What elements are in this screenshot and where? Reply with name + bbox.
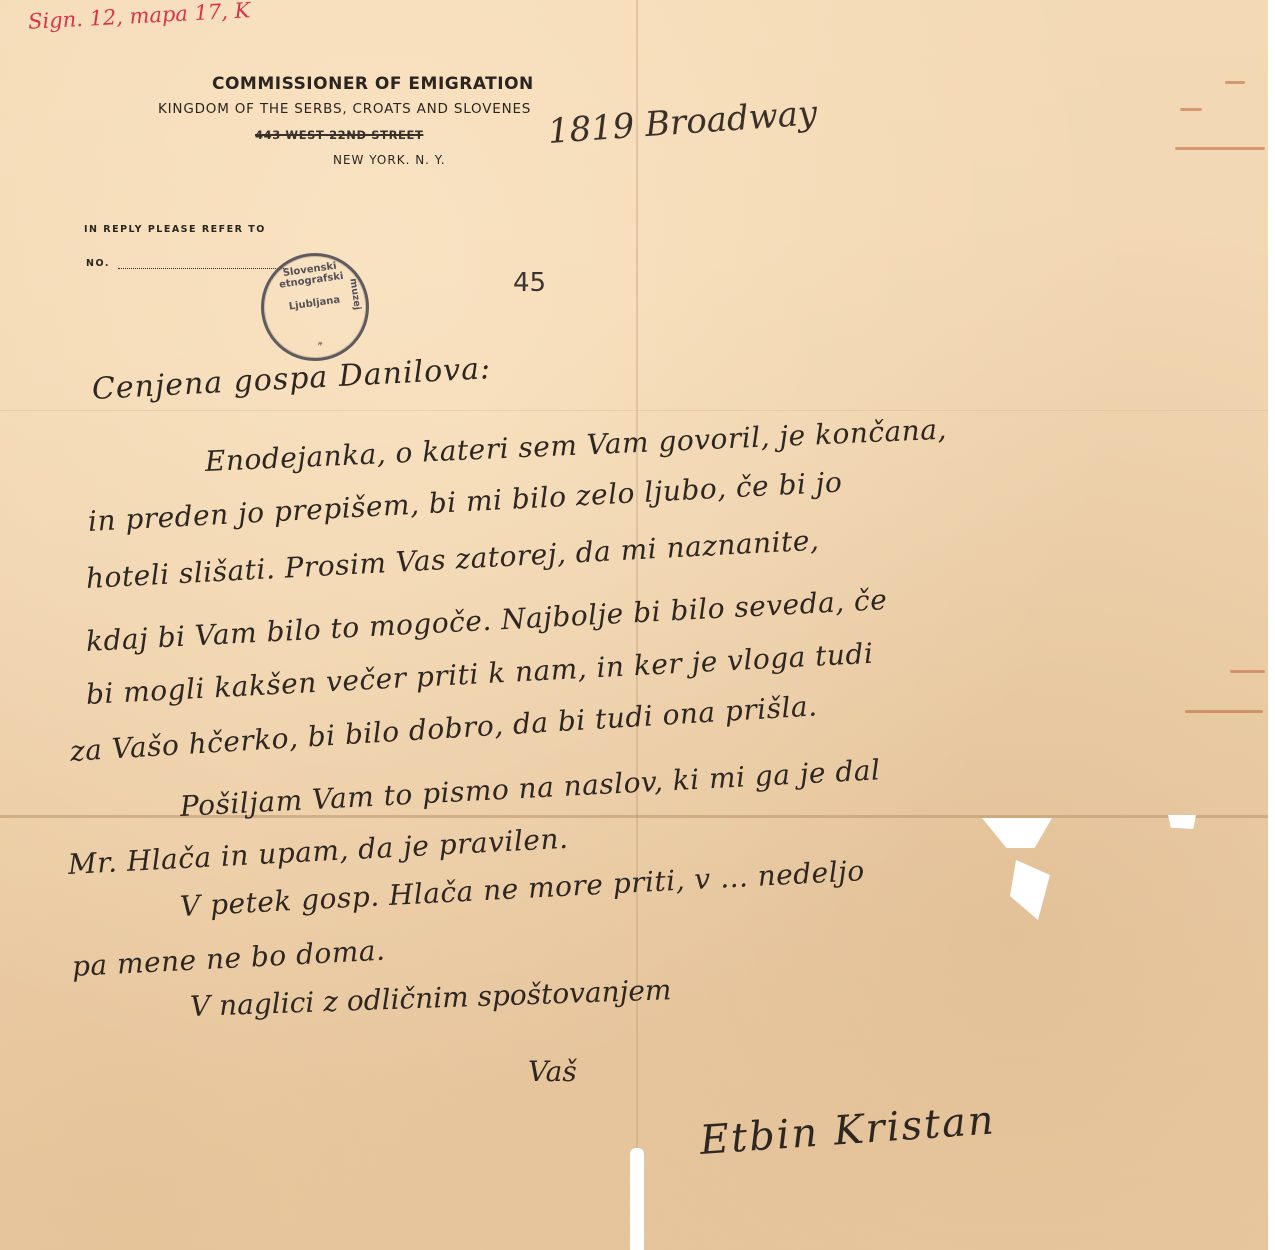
rust-stain <box>1175 147 1265 150</box>
letter-line: Pošiljam Vam to pismo na naslov, ki mi g… <box>179 753 881 823</box>
rust-stain <box>1225 81 1245 84</box>
letter-line: in preden jo prepišem, bi mi bilo zelo l… <box>87 465 843 537</box>
letter-line: pa mene ne bo doma. <box>71 934 386 983</box>
page-number: 45 <box>513 268 546 298</box>
letter-line: Mr. Hlača in upam, da je pravilen. <box>67 822 569 881</box>
museum-stamp: Slovenski etnografski Ljubljana muzej * <box>254 246 376 368</box>
archive-reference: Sign. 12, mapa 17, K <box>28 0 251 34</box>
rust-stain <box>1185 710 1263 713</box>
letterhead-subtitle: KINGDOM OF THE SERBS, CROATS AND SLOVENE… <box>158 101 531 117</box>
letterhead-street-struck: 443 WEST 22ND STREET <box>255 128 423 142</box>
signature: Etbin Kristan <box>698 1097 997 1164</box>
upper-fold-crease <box>0 410 1268 411</box>
rust-stain <box>1180 108 1202 111</box>
paper-tear <box>630 1148 644 1250</box>
letterhead-title: COMMISSIONER OF EMIGRATION <box>212 74 534 94</box>
rust-stain <box>1230 670 1265 673</box>
letter-sheet: Sign. 12, mapa 17, K COMMISSIONER OF EMI… <box>0 0 1268 1250</box>
reply-number-dotted-line <box>118 268 286 269</box>
reply-number-label: NO. <box>86 258 110 269</box>
paper-tear <box>1168 815 1196 829</box>
paper-tear <box>982 818 1052 848</box>
stamp-top-text: Slovenski etnografski <box>259 257 363 293</box>
letter-valediction: Vaš <box>528 1055 577 1088</box>
reply-reference-label: IN REPLY PLEASE REFER TO <box>84 224 266 235</box>
star-icon: * <box>269 333 372 359</box>
stamp-side-text: muzej <box>347 278 362 311</box>
letter-closing: V naglici z odličnim spoštovanjem <box>189 973 672 1023</box>
letter-line: hoteli slišati. Prosim Vas zatorej, da m… <box>85 524 820 595</box>
handwritten-street-address: 1819 Broadway <box>547 93 819 152</box>
letterhead-city: NEW YORK. N. Y. <box>333 153 446 167</box>
letter-salutation: Cenjena gospa Danilova: <box>91 351 492 407</box>
paper-tear <box>1010 860 1050 920</box>
